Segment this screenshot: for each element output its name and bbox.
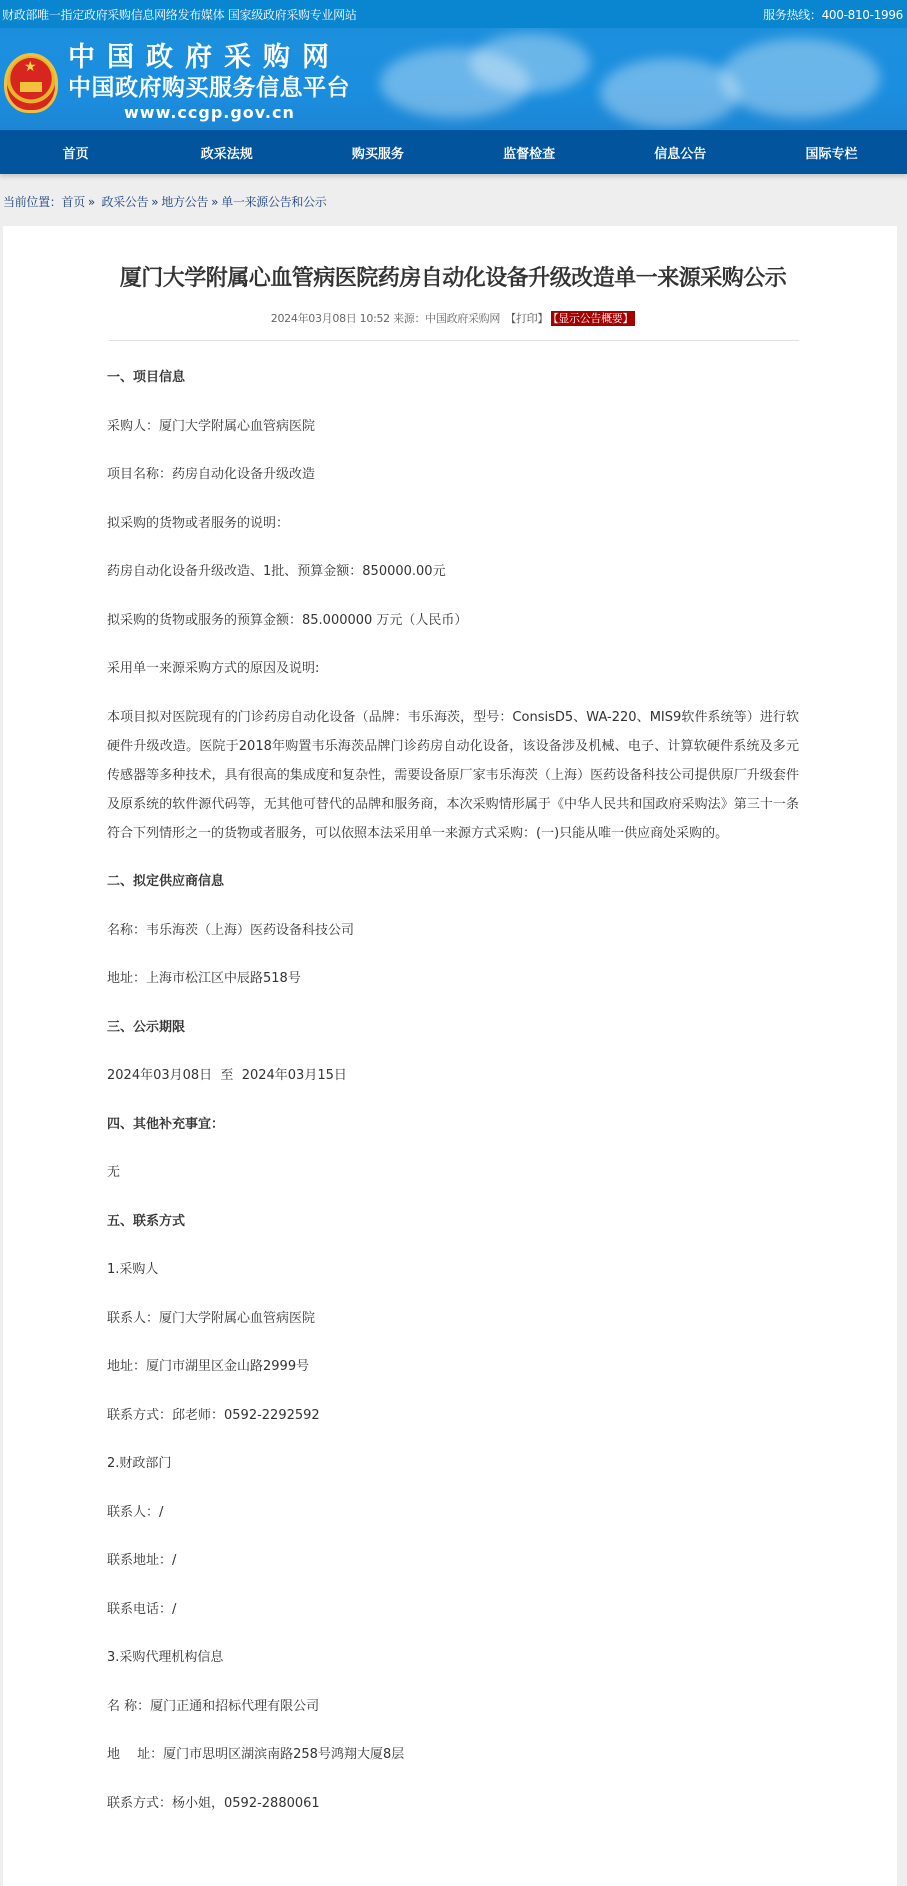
site-subtitle: 中国政府购买服务信息平台 (68, 74, 350, 102)
section-heading: 一、项目信息 (107, 363, 799, 392)
breadcrumb-prefix: 当前位置： (3, 195, 62, 209)
budget-amount: 拟采购的货物或服务的预算金额：85.000000 万元（人民币） (107, 606, 799, 635)
purchaser-phone: 联系方式：邱老师：0592-2292592 (107, 1401, 799, 1430)
contact-subheading: 3.采购代理机构信息 (107, 1643, 799, 1672)
single-source-reason-label: 采用单一来源采购方式的原因及说明: (107, 654, 799, 683)
supplier-address: 地址：上海市松江区中辰路518号 (107, 964, 799, 993)
site-url: www.ccgp.gov.cn (68, 102, 350, 124)
top-info-bar: 财政部唯一指定政府采购信息网络发布媒体 国家级政府采购专业网站 服务热线：400… (0, 0, 907, 28)
section-heading: 三、公示期限 (107, 1013, 799, 1042)
goods-description-label: 拟采购的货物或者服务的说明： (107, 509, 799, 538)
purchaser-contact-person: 联系人：厦门大学附属心血管病医院 (107, 1304, 799, 1333)
purchaser: 采购人：厦门大学附属心血管病医院 (107, 412, 799, 441)
nav-item-purchase-services[interactable]: 购买服务 (302, 143, 453, 162)
cloud-decoration (720, 38, 880, 118)
publicity-period: 2024年03月08日 至 2024年03月15日 (107, 1061, 799, 1090)
article-body: 一、项目信息 采购人：厦门大学附属心血管病医院 项目名称：药房自动化设备升级改造… (107, 341, 799, 1818)
site-title: 中国政府采购网 (68, 42, 350, 74)
agency-address: 地 址：厦门市思明区湖滨南路258号鸿翔大厦8层 (107, 1740, 799, 1769)
tiananmen-icon (20, 82, 42, 92)
contact-subheading: 2.财政部门 (107, 1449, 799, 1478)
breadcrumb: 当前位置：首页» 政采公告»地方公告»单一来源公告和公示 (0, 174, 907, 226)
project-name: 项目名称：药房自动化设备升级改造 (107, 460, 799, 489)
breadcrumb-home[interactable]: 首页 (62, 195, 85, 209)
section-heading: 五、联系方式 (107, 1207, 799, 1236)
breadcrumb-separator: » (151, 195, 158, 209)
site-logo[interactable]: ★ 中国政府采购网 中国政府购买服务信息平台 www.ccgp.gov.cn (4, 42, 350, 124)
goods-item: 药房自动化设备升级改造、1批、预算金额：850000.00元 (107, 557, 799, 586)
nav-item-supervision[interactable]: 监督检查 (454, 143, 605, 162)
national-emblem-icon: ★ (4, 53, 58, 113)
article-container: 厦门大学附属心血管病医院药房自动化设备升级改造单一来源采购公示 2024年03月… (3, 226, 897, 1886)
show-summary-button[interactable]: 【显示公告概要】 (551, 311, 635, 326)
section-heading: 四、其他补充事宜： (107, 1110, 799, 1139)
finance-address: 联系地址：/ (107, 1546, 799, 1575)
breadcrumb-single-source[interactable]: 单一来源公告和公示 (221, 195, 326, 209)
site-banner: ★ 中国政府采购网 中国政府购买服务信息平台 www.ccgp.gov.cn (0, 28, 907, 130)
article-source: 来源：中国政府采购网 (393, 312, 500, 325)
agency-contact: 联系方式：杨小姐，0592-2880061 (107, 1789, 799, 1818)
publish-datetime: 2024年03月08日 10:52 (271, 312, 390, 325)
cloud-decoration (600, 58, 740, 128)
agency-name: 名 称：厦门正通和招标代理有限公司 (107, 1692, 799, 1721)
breadcrumb-local-notices[interactable]: 地方公告 (161, 195, 208, 209)
service-hotline: 服务热线：400-810-1996 (763, 6, 903, 23)
section-heading: 二、拟定供应商信息 (107, 867, 799, 896)
breadcrumb-separator: » (211, 195, 218, 209)
article-title: 厦门大学附属心血管病医院药房自动化设备升级改造单一来源采购公示 (83, 264, 823, 294)
nav-item-international[interactable]: 国际专栏 (756, 143, 907, 162)
breadcrumb-procurement-notices[interactable]: 政采公告 (101, 195, 148, 209)
nav-item-home[interactable]: 首页 (0, 143, 151, 162)
article-meta: 2024年03月08日 10:52 来源：中国政府采购网 【打印】【显示公告概要… (107, 310, 799, 326)
single-source-reason: 本项目拟对医院现有的门诊药房自动化设备（品牌：韦乐海茨，型号：ConsisD5、… (107, 703, 799, 848)
nav-item-announcements[interactable]: 信息公告 (605, 143, 756, 162)
cloud-decoration (470, 33, 590, 93)
supplier-name: 名称：韦乐海茨（上海）医药设备科技公司 (107, 916, 799, 945)
breadcrumb-separator: » (88, 195, 95, 209)
main-nav: 首页 政采法规 购买服务 监督检查 信息公告 国际专栏 (0, 130, 907, 174)
purchaser-address: 地址：厦门市湖里区金山路2999号 (107, 1352, 799, 1381)
star-icon: ★ (24, 60, 37, 74)
other-matters: 无 (107, 1158, 799, 1187)
finance-phone: 联系电话：/ (107, 1595, 799, 1624)
contact-subheading: 1.采购人 (107, 1255, 799, 1284)
print-link[interactable]: 【打印】 (505, 312, 548, 325)
finance-contact-person: 联系人：/ (107, 1498, 799, 1527)
nav-item-regulations[interactable]: 政采法规 (151, 143, 302, 162)
site-slogan: 财政部唯一指定政府采购信息网络发布媒体 国家级政府采购专业网站 (2, 6, 357, 23)
